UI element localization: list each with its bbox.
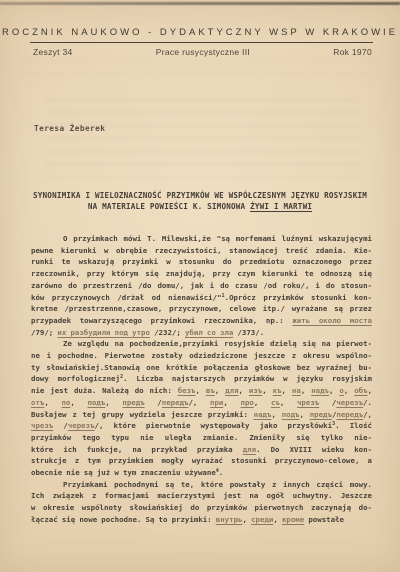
body-line: отъ, по, подъ, предъ /передъ/, при, про,… xyxy=(31,397,372,409)
text-run: przypadek towarzyszącego przyimkowi rzec… xyxy=(31,316,292,325)
header-rule xyxy=(30,42,373,43)
text-run: powstałe xyxy=(304,515,344,524)
body-line: O przyimkach mówi T. Milewski,że "są mor… xyxy=(31,233,372,245)
russian-term-underlined: жить около моста xyxy=(292,316,372,325)
footnote-marker: 2 xyxy=(120,374,123,380)
text-run: , xyxy=(271,410,281,419)
russian-term-underlined: чрезъ xyxy=(31,421,53,430)
russian-term-underlined: передъ xyxy=(162,398,189,407)
body-line: zarówno do przestrzeni /do domu/, jak i … xyxy=(31,280,372,292)
text-run: /. xyxy=(363,398,372,407)
body-line: rzeczownik, przy którym się znajdują, pr… xyxy=(31,268,372,280)
body-line: strukcje z tym przyimkiem mogły wyrażać … xyxy=(31,455,372,467)
russian-term-underlined: безъ xyxy=(178,386,196,395)
text-run: , xyxy=(215,386,225,395)
text-run: , xyxy=(105,398,122,407)
text-run: Busłajew z tej grupy wydziela jeszcze pr… xyxy=(31,410,254,419)
text-run: ków przyczynowych /drżał od nienawiści/" xyxy=(31,293,222,302)
body-line: Przyimkami pochodnymi są te, które powst… xyxy=(31,479,372,491)
body-line: obecnie nie są już w tym znaczeniu używa… xyxy=(31,467,372,479)
text-run: ty słowiańskiej.Stanowią one krótkie poł… xyxy=(31,363,372,372)
text-run: , xyxy=(196,386,206,395)
title-line-1: SYNONIMIKA I WIELOZNACZNOŚĆ PRZYIMKÓW WE… xyxy=(0,191,400,202)
text-run: / xyxy=(53,421,68,430)
russian-term-underlined: на xyxy=(292,386,301,395)
body-line: runki te wskazują przyimki w stosunku do… xyxy=(31,256,372,268)
text-run: łączać się nowe pochodne. Są to przyimki… xyxy=(31,515,216,524)
russian-term-underlined: по xyxy=(61,398,70,407)
russian-term-underlined: для xyxy=(243,445,256,454)
text-run: ne i pochodne. Pierwotne zostały odziedz… xyxy=(31,351,372,360)
text-run: rzeczownik, przy którym się znajdują, pr… xyxy=(31,269,372,278)
text-run: /79/; xyxy=(31,328,57,337)
russian-term-underlined: отъ xyxy=(31,398,44,407)
text-run: dowy morfologicznej xyxy=(31,374,120,383)
text-run: , xyxy=(273,515,282,524)
body-line: Ze względu na pochodzenie,przyimki rosyj… xyxy=(31,338,372,350)
russian-term-underlined: черезъ xyxy=(336,398,363,407)
text-run: , xyxy=(242,515,251,524)
text-run: /, xyxy=(188,398,210,407)
russian-term-underlined: убил со зла xyxy=(185,328,233,337)
scanned-page: ROCZNIK NAUKOWO - DYDAKTYCZNY WSP W KRAK… xyxy=(0,0,400,572)
body-line: kretne /przestrzenne,czasowe, przyczynow… xyxy=(31,303,372,315)
russian-term-underlined: къ xyxy=(273,386,282,395)
body-line: ków przyczynowych /drżał od nienawiści/"… xyxy=(31,292,372,304)
text-run: . Do XVIII wieku kon- xyxy=(256,445,372,454)
text-run: , xyxy=(44,398,61,407)
footnote-marker: 1 xyxy=(222,293,225,299)
russian-term-underlined: черезъ xyxy=(68,421,95,430)
russian-term-underlined: о xyxy=(339,386,343,395)
issue-label: Zeszyt 34 xyxy=(33,47,73,57)
year-label: Rok 1970 xyxy=(333,47,372,57)
body-line: Ich związek z formacjami macierzystymi j… xyxy=(31,490,372,502)
article-title: SYNONIMIKA I WIELOZNACZNOŚĆ PRZYIMKÓW WE… xyxy=(0,191,400,212)
body-line: w okresie wspólnoty słowiańskiej do przy… xyxy=(31,502,372,514)
novel-title-underlined: ŻYWI I MARTWI xyxy=(250,202,312,213)
text-run: , xyxy=(280,398,297,407)
scan-bleed-artifact xyxy=(20,60,380,78)
title-line-2-prefix: NA MATERIALE POWIEŚCI K. SIMONOWA xyxy=(88,202,250,211)
scan-bleed-artifact xyxy=(45,98,360,178)
footnote-marker: 3 xyxy=(332,421,335,427)
russian-term-underlined: внутрь xyxy=(216,515,243,524)
russian-term-underlined: предъ xyxy=(310,410,332,419)
text-run: .Oprócz przyimków stosunki kon- xyxy=(225,293,372,302)
series-label: Prace rusycystyczne III xyxy=(156,47,250,57)
russian-term-underlined: передъ xyxy=(336,410,363,419)
text-run: runki te wskazują przyimki w stosunku do… xyxy=(31,257,372,266)
text-run: Ze względu na pochodzenie,przyimki rosyj… xyxy=(63,339,372,348)
text-run: pewne kierunki w obrębie rzeczywistości,… xyxy=(31,246,372,255)
text-run: , xyxy=(344,386,354,395)
text-run: /, które pierwotnie występowały jako prz… xyxy=(95,421,333,430)
body-text: O przyimkach mówi T. Milewski,że "są mor… xyxy=(31,233,372,526)
russian-term-underlined: съ xyxy=(271,398,280,407)
text-run: , xyxy=(299,410,309,419)
text-run: , xyxy=(223,398,240,407)
text-run: /232/; xyxy=(150,328,185,337)
text-run: , xyxy=(70,398,87,407)
text-run: / xyxy=(145,398,162,407)
body-line: łączać się nowe pochodne. Są to przyimki… xyxy=(31,514,372,526)
russian-term-underlined: для xyxy=(225,386,238,395)
russian-term-underlined: кроме xyxy=(282,515,304,524)
russian-term-underlined: надъ xyxy=(254,410,272,419)
text-run: . Ilość xyxy=(335,421,372,430)
text-run: Ich związek z formacjami macierzystymi j… xyxy=(31,491,372,500)
text-run: Przyimkami pochodnymi są te, które powst… xyxy=(63,480,372,489)
text-run: , xyxy=(254,398,271,407)
body-line: /79/; их разбудили под утро /232/; убил … xyxy=(31,327,372,339)
footnote-marker: 4 xyxy=(216,468,219,474)
text-run: przyimków tego typu nie uległa zmianie. … xyxy=(31,433,372,442)
text-run: , xyxy=(368,386,372,395)
russian-term-underlined: при xyxy=(210,398,223,407)
page-top-edge xyxy=(0,2,400,5)
body-line: чрезъ /черезъ/, które pierwotnie występo… xyxy=(31,420,372,432)
text-run: O przyimkach mówi T. Milewski,że "są mor… xyxy=(63,234,372,243)
text-run: zarówno do przestrzeni /do domu/, jak i … xyxy=(31,281,372,290)
header-meta: Zeszyt 34 Prace rusycystyczne III Rok 19… xyxy=(33,47,372,57)
text-run: obecnie nie są już w tym znaczeniu używa… xyxy=(31,468,216,477)
text-run: /, xyxy=(363,410,372,419)
title-line-2: NA MATERIALE POWIEŚCI K. SIMONOWA ŻYWI I… xyxy=(0,202,400,213)
body-line: Busłajew z tej grupy wydziela jeszcze pr… xyxy=(31,409,372,421)
russian-term-underlined: подъ xyxy=(87,398,105,407)
text-run: kretne /przestrzenne,czasowe, przyczynow… xyxy=(31,304,372,313)
text-run: /373/. xyxy=(233,328,264,337)
text-run: / xyxy=(319,398,336,407)
body-line: pewne kierunki w obrębie rzeczywistości,… xyxy=(31,245,372,257)
text-run: , xyxy=(301,386,311,395)
text-run: , xyxy=(329,386,339,395)
russian-term-underlined: среди xyxy=(251,515,273,524)
text-run: . Liczba najstarszych przyimków w języku… xyxy=(123,374,372,383)
text-run: , xyxy=(282,386,292,395)
body-line: ty słowiańskiej.Stanowią one krótkie poł… xyxy=(31,362,372,374)
russian-term-underlined: изъ xyxy=(249,386,262,395)
body-line: które ich funkcje, na przykład przyimka … xyxy=(31,444,372,456)
russian-term-underlined: надъ xyxy=(311,386,329,395)
body-line: przyimków tego typu nie uległa zmianie. … xyxy=(31,432,372,444)
body-line: przypadek towarzyszącego przyimkowi rzec… xyxy=(31,315,372,327)
body-line: ne i pochodne. Pierwotne zostały odziedz… xyxy=(31,350,372,362)
text-run: , xyxy=(239,386,249,395)
russian-term-underlined: чрезъ xyxy=(297,398,319,407)
text-run: które ich funkcje, na przykład przyimka xyxy=(31,445,243,454)
russian-term-underlined: про xyxy=(241,398,254,407)
russian-term-underlined: объ xyxy=(354,386,367,395)
russian-term-underlined: подъ xyxy=(282,410,300,419)
text-run: nie jest duża. Należą do nich: xyxy=(31,386,178,395)
russian-term-underlined: их разбудили под утро xyxy=(57,328,150,337)
body-line: nie jest duża. Należą do nich: безъ, въ,… xyxy=(31,385,372,397)
text-run: , xyxy=(262,386,272,395)
text-run: w okresie wspólnoty słowiańskiej do przy… xyxy=(31,503,372,512)
text-run: . xyxy=(219,468,223,477)
text-run: strukcje z tym przyimkiem mogły wyrażać … xyxy=(31,456,372,465)
russian-term-underlined: предъ xyxy=(122,398,144,407)
body-line: dowy morfologicznej2. Liczba najstarszyc… xyxy=(31,373,372,385)
russian-term-underlined: въ xyxy=(206,386,215,395)
journal-title: ROCZNIK NAUKOWO - DYDAKTYCZNY WSP W KRAK… xyxy=(0,27,400,38)
author-name: Teresa Żeberek xyxy=(34,124,105,133)
